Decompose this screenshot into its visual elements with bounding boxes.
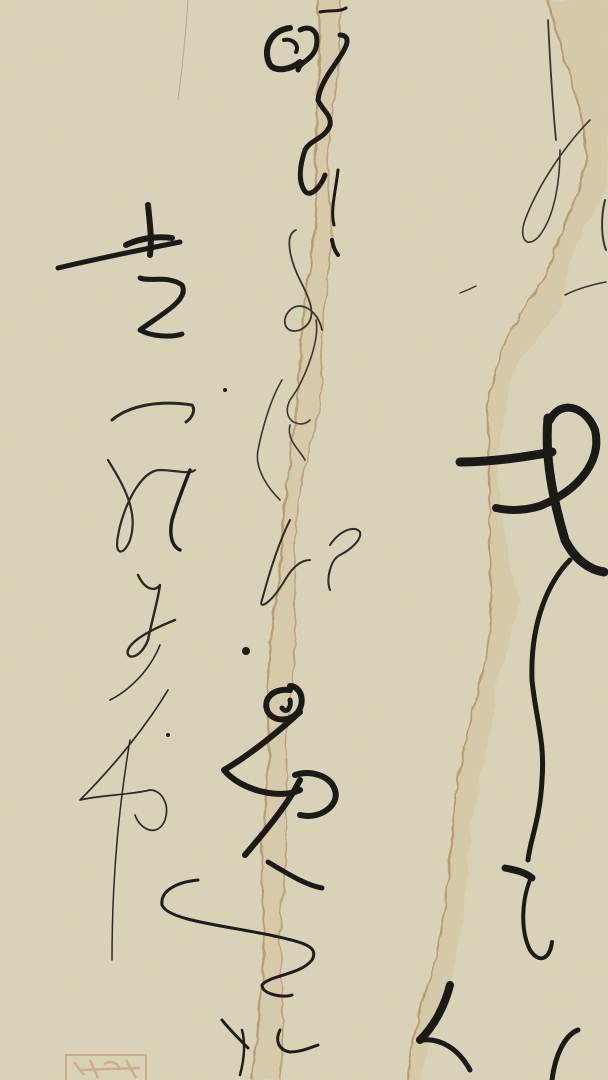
calligraphy-photo: Close-up photograph of Japanese cursive … xyxy=(0,0,608,1080)
